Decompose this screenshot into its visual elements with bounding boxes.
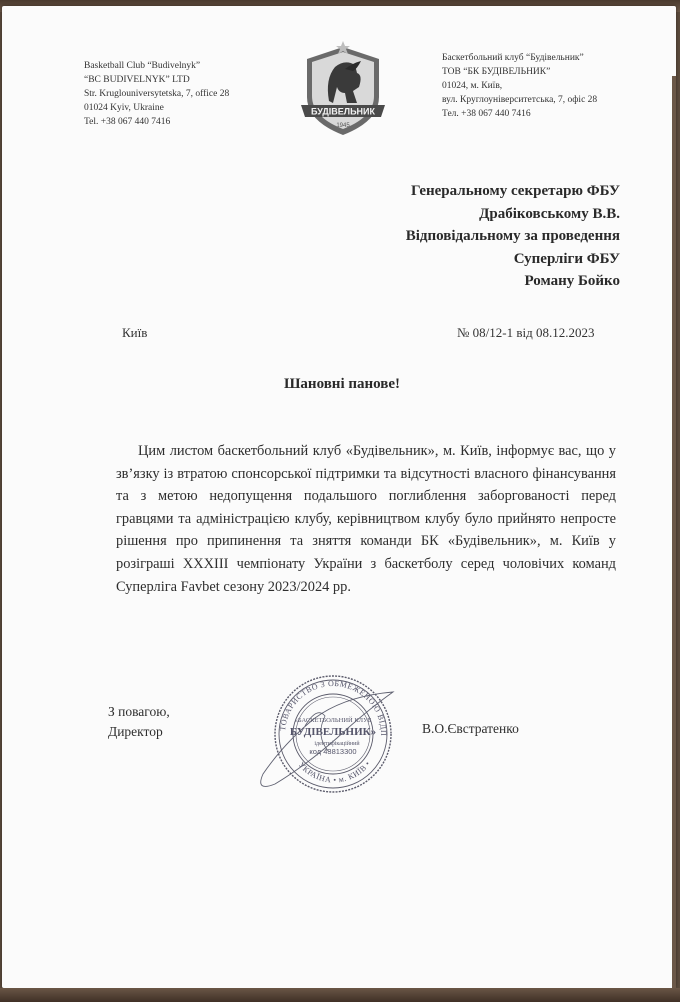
addressee-line: Роману Бойко	[406, 270, 620, 293]
city: Київ	[122, 325, 147, 341]
letterhead-en-line: Str. Kruglouniversytetska, 7, office 28	[84, 87, 229, 101]
company-stamp-icon: ТОВАРИСТВО З ОБМЕЖЕНОЮ ВІДПОВІДАЛЬНІСТЮ …	[245, 656, 415, 806]
letterhead-ukrainian: Баскетбольний клуб “Будівельник” ТОВ “БК…	[442, 51, 597, 121]
addressee-line: Суперліги ФБУ	[406, 248, 620, 271]
body-line: та з метою недопущення подальшого поглиб…	[116, 485, 616, 508]
body-line: Суперліга Favbet сезону 2023/2024 рр.	[116, 576, 616, 599]
letterhead-en-line: “BC BUDIVELNYK” LTD	[84, 73, 229, 87]
club-logo-icon: БУДІВЕЛЬНИК 1945	[297, 39, 389, 139]
addressee-line: Драбіковському В.В.	[406, 203, 620, 226]
svg-text:БУДІВЕЛЬНИК: БУДІВЕЛЬНИК	[311, 107, 376, 117]
closing-block: З повагою, Директор	[108, 702, 170, 742]
background-surface-bottom	[0, 988, 680, 1002]
letterhead-ua-line: вул. Круглоуніверситетська, 7, офіс 28	[442, 93, 597, 107]
signer-title: Директор	[108, 722, 170, 742]
letterhead-en-line: 01024 Kyiv, Ukraine	[84, 101, 229, 115]
letterhead-ua-line: ТОВ “БК БУДІВЕЛЬНИК”	[442, 65, 597, 79]
closing-regards: З повагою,	[108, 702, 170, 722]
addressee-line: Генеральному секретарю ФБУ	[406, 180, 620, 203]
signer-name: В.О.Євстратенко	[422, 721, 519, 737]
addressee-line: Відповідальному за проведення	[406, 225, 620, 248]
salutation: Шановні панове!	[2, 376, 680, 393]
body-line: зв’язку із втратою спонсорської підтримк…	[116, 463, 616, 486]
addressee-block: Генеральному секретарю ФБУ Драбіковськом…	[406, 180, 620, 293]
letterhead-ua-line: Тел. +38 067 440 7416	[442, 107, 597, 121]
svg-text:ідентифікаційний: ідентифікаційний	[314, 740, 360, 747]
background-surface-right	[672, 76, 676, 996]
svg-text:1945: 1945	[336, 123, 350, 129]
body-line: Цим листом баскетбольний клуб «Будівельн…	[116, 440, 616, 463]
reference-number-date: № 08/12-1 від 08.12.2023	[457, 325, 594, 341]
body-line: рішення про припинення та зняття команди…	[116, 530, 616, 553]
letterhead-ua-line: Баскетбольний клуб “Будівельник”	[442, 51, 597, 65]
letterhead-en-line: Tel. +38 067 440 7416	[84, 115, 229, 129]
letter-page: Basketball Club “Budivelnyk” “BC BUDIVEL…	[2, 6, 676, 988]
letter-body: Цим листом баскетбольний клуб «Будівельн…	[116, 440, 616, 598]
letterhead-ua-line: 01024, м. Київ,	[442, 79, 597, 93]
letterhead-en-line: Basketball Club “Budivelnyk”	[84, 59, 229, 73]
body-line: гравцями та адміністрацією клубу, керівн…	[116, 508, 616, 531]
body-line: розіграші XXXIII чемпіонату України з ба…	[116, 553, 616, 576]
letterhead-english: Basketball Club “Budivelnyk” “BC BUDIVEL…	[84, 59, 229, 129]
